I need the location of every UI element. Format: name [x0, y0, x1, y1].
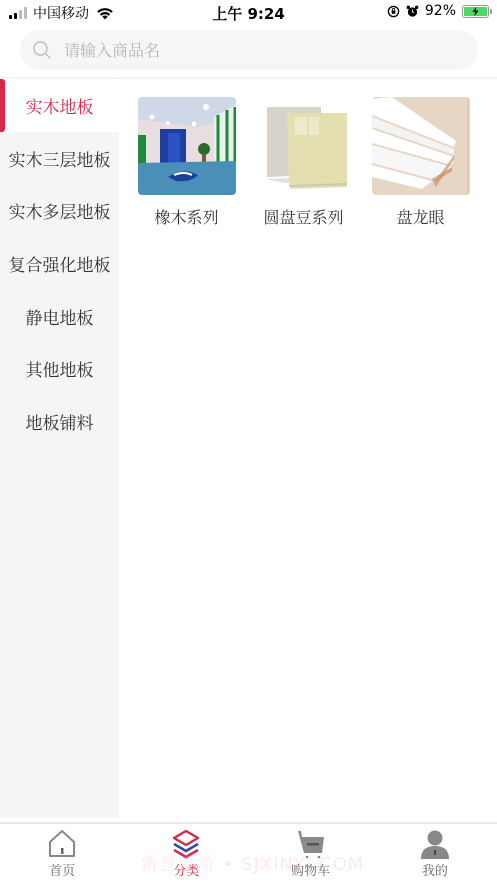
status-right: 92% — [387, 3, 489, 19]
signal-icon — [9, 7, 27, 19]
product-name: 圆盘豆系列 — [263, 205, 343, 228]
sidebar-item-other[interactable]: 其他地板 — [0, 342, 119, 395]
tab-label: 我的 — [422, 860, 448, 879]
product-item[interactable]: 盘龙眼 — [362, 97, 479, 228]
sidebar-item-floor-materials[interactable]: 地板铺料 — [0, 395, 119, 448]
sidebar-item-label: 其他地板 — [26, 356, 94, 381]
user-icon — [420, 829, 450, 859]
tab-label: 购物车 — [291, 860, 330, 879]
sidebar-item-label: 复合强化地板 — [9, 251, 111, 276]
sidebar-item-label: 实木地板 — [26, 93, 94, 118]
product-image-blue-floor-room — [138, 97, 236, 195]
tab-cart[interactable]: 购物车 — [249, 824, 373, 883]
tab-label: 首页 — [49, 860, 75, 879]
carrier-name: 中国移动 — [33, 3, 89, 23]
sidebar-item-antistatic[interactable]: 静电地板 — [0, 290, 119, 343]
sidebar-item-label: 实木多层地板 — [9, 198, 111, 223]
product-name: 盘龙眼 — [396, 205, 444, 228]
sidebar-item-solid-wood-three-layer[interactable]: 实木三层地板 — [0, 132, 119, 185]
search-input[interactable] — [64, 41, 424, 60]
sidebar-item-label: 地板铺料 — [26, 409, 94, 434]
product-image-beige-tiles — [255, 97, 353, 195]
bottom-tab-bar: 首页 分类 购物车 我的 — [0, 822, 497, 883]
status-left: 中国移动 — [9, 3, 114, 23]
tab-home[interactable]: 首页 — [0, 824, 124, 883]
battery-icon — [462, 5, 489, 18]
search-bar[interactable] — [20, 30, 478, 70]
rotation-lock-icon — [387, 5, 400, 18]
battery-percent: 92% — [425, 3, 456, 19]
charging-bolt-icon — [471, 7, 480, 16]
wifi-icon — [96, 6, 114, 20]
product-image-white-skirting-boards — [372, 97, 470, 195]
home-icon — [47, 829, 77, 859]
sidebar-item-solid-wood[interactable]: 实木地板 — [0, 79, 119, 132]
tab-label: 分类 — [173, 860, 199, 879]
layers-icon — [171, 829, 201, 859]
tab-category[interactable]: 分类 — [124, 824, 248, 883]
product-name: 橡木系列 — [154, 205, 218, 228]
sidebar-item-laminate[interactable]: 复合强化地板 — [0, 237, 119, 290]
status-bar: 中国移动 上午 9:24 92% — [0, 0, 497, 26]
search-icon — [32, 40, 52, 60]
tab-mine[interactable]: 我的 — [373, 824, 497, 883]
product-item[interactable]: 圆盘豆系列 — [245, 97, 362, 228]
category-sidebar: 实木地板 实木三层地板 实木多层地板 复合强化地板 静电地板 其他地板 地板铺料 — [0, 79, 119, 818]
alarm-icon — [406, 5, 419, 18]
sidebar-item-label: 实木三层地板 — [9, 146, 111, 171]
product-grid: 橡木系列 圆盘豆系列 — [128, 97, 488, 228]
sidebar-item-solid-wood-multi-layer[interactable]: 实木多层地板 — [0, 184, 119, 237]
cart-icon — [296, 829, 326, 859]
sidebar-item-label: 静电地板 — [26, 304, 94, 329]
product-item[interactable]: 橡木系列 — [128, 97, 245, 228]
